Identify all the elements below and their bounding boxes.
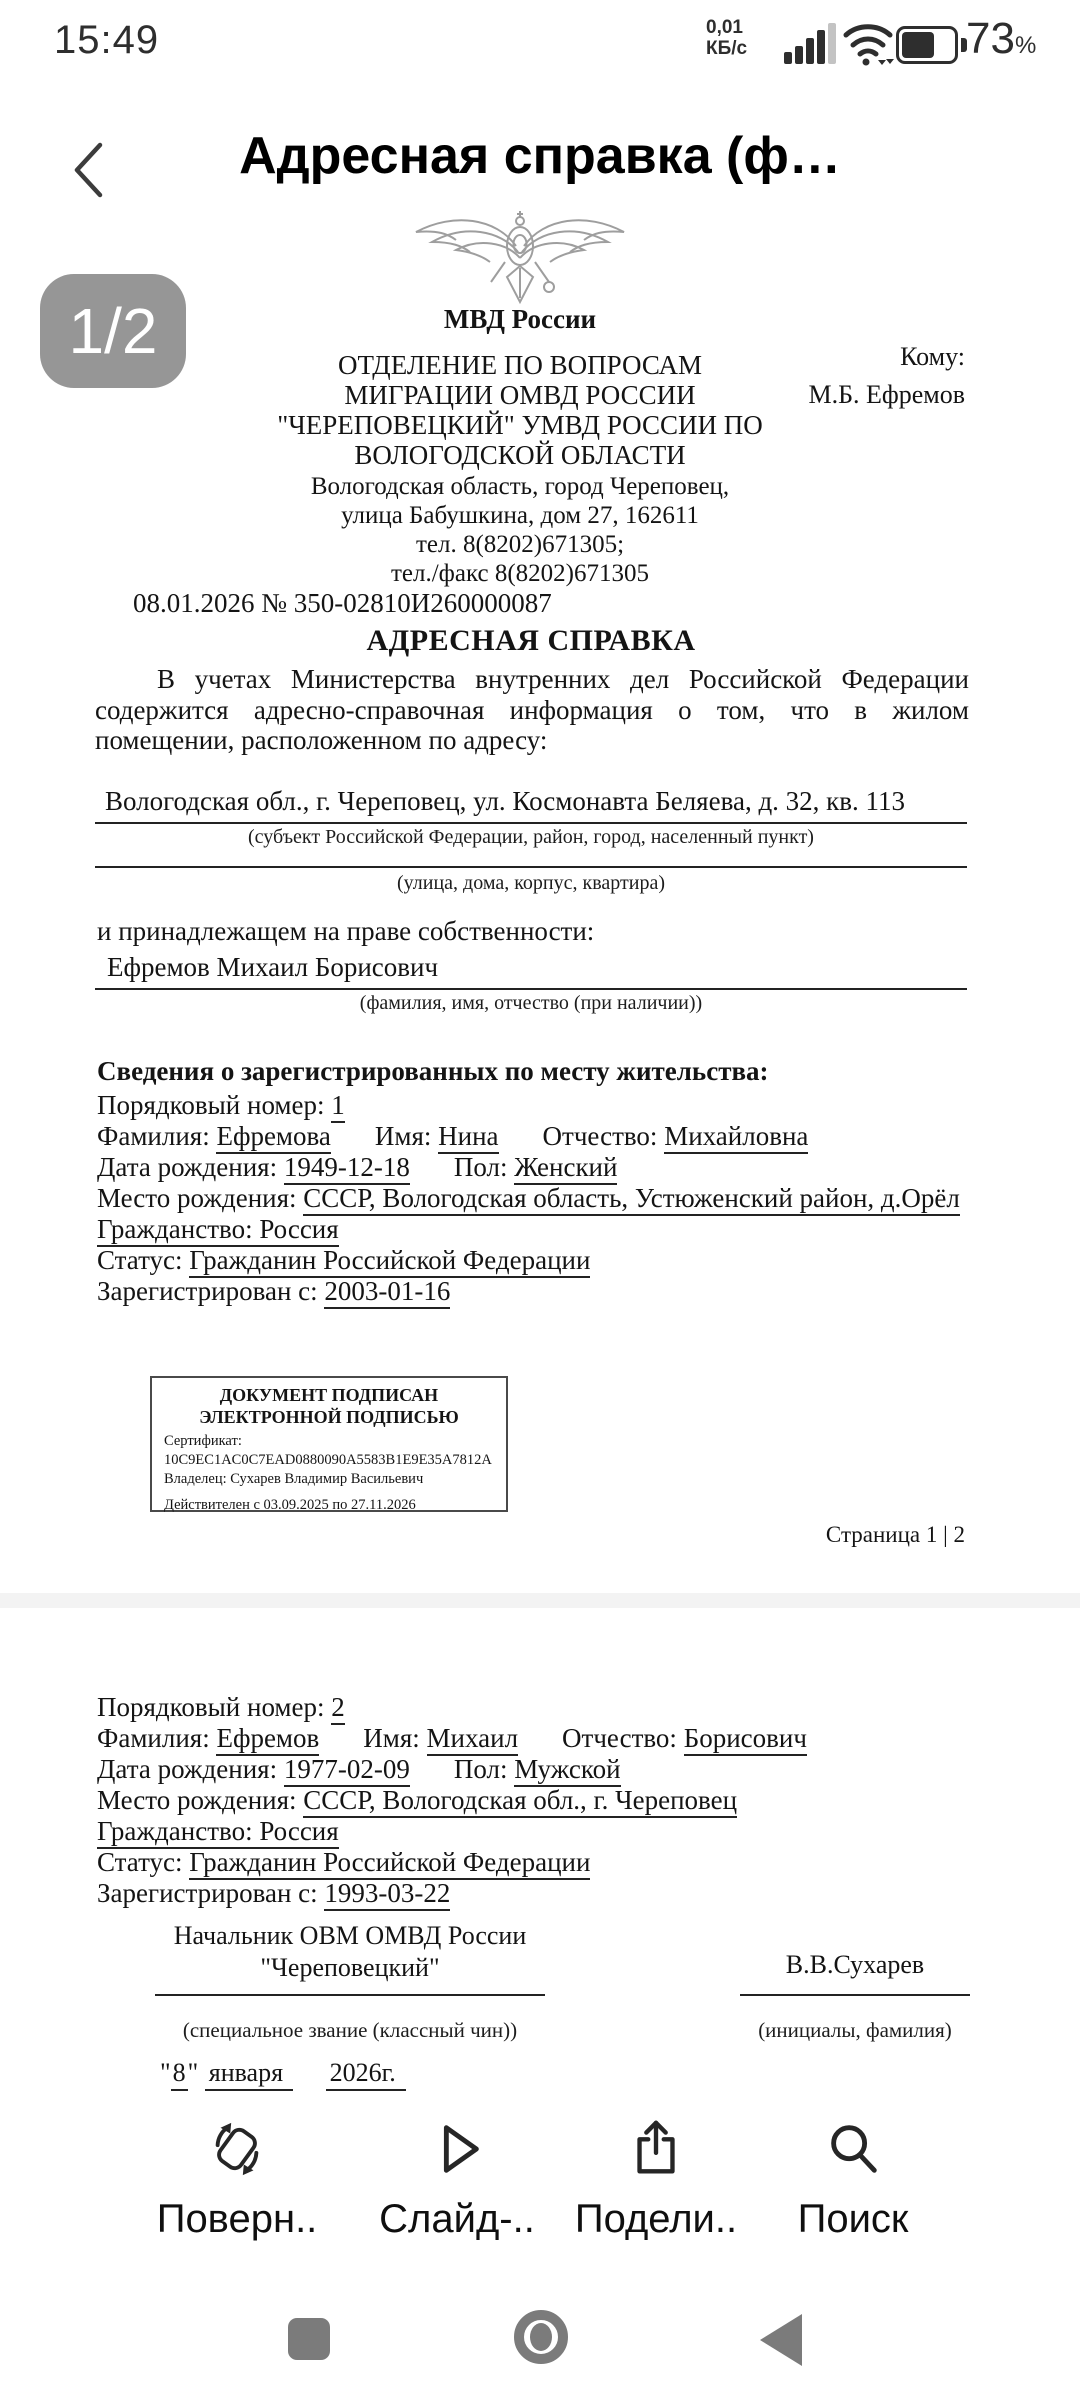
field-value: 2003-01-16 [324, 1276, 450, 1309]
stamp-cert-label: Сертификат: [152, 1432, 506, 1451]
battery-percent-value: 73 [966, 14, 1015, 63]
page-separator [0, 1593, 1080, 1608]
field-label: Фамилия: [97, 1723, 210, 1753]
address-value: Вологодская обл., г. Череповец, ул. Косм… [105, 786, 967, 817]
field-value: Борисович [684, 1723, 807, 1756]
official-title-line1: Начальник ОВМ ОМВД России [155, 1920, 545, 1952]
field-label: Гражданство: [97, 1214, 253, 1244]
field-label: Статус: [97, 1245, 183, 1275]
field-value: Ефремова [216, 1121, 330, 1154]
field-value: Гражданин Российской Федерации [189, 1245, 590, 1278]
owner-value: Ефремов Михаил Борисович [107, 952, 438, 983]
battery-icon [896, 26, 967, 64]
intro-paragraph: В учетах Министерства внутренних дел Рос… [95, 664, 969, 756]
contact-block: Вологодская область, город Череповец, ул… [60, 472, 980, 588]
play-icon [426, 2118, 488, 2180]
field-label: Гражданство: [97, 1816, 253, 1846]
dept-line: ВОЛОГОДСКОЙ ОБЛАСТИ [60, 440, 980, 470]
wifi-icon [842, 20, 894, 68]
contact-line: тел./факс 8(8202)671305 [60, 559, 980, 588]
home-button[interactable] [514, 2310, 568, 2364]
signal-icon [784, 22, 838, 66]
date-month: января [205, 2058, 293, 2091]
registered-person-2: Порядковый номер: 2 Фамилия: ЕфремовИмя:… [97, 1692, 973, 1909]
search-button[interactable]: Поиск [758, 2118, 948, 2242]
field-label: Имя: [375, 1121, 432, 1151]
network-speed: 0,01 КБ/с [706, 17, 778, 59]
registered-header: Сведения о зарегистрированных по месту ж… [97, 1056, 769, 1087]
owner-underline [95, 988, 967, 990]
field-label: Порядковый номер: [97, 1692, 325, 1722]
ownership-label: и принадлежащем на праве собственности: [97, 916, 594, 947]
network-speed-unit: КБ/с [706, 38, 778, 59]
back-button[interactable] [760, 2314, 802, 2366]
addressee-block: Кому: М.Б. Ефремов [808, 338, 965, 414]
field-label: Дата рождения: [97, 1754, 277, 1784]
slideshow-button-label: Слайд-.. [362, 2197, 552, 2242]
stamp-validity: Действителен с 03.09.2025 по 27.11.2026 [152, 1496, 506, 1515]
org-name: МВД России [0, 304, 1040, 335]
address-underline [95, 822, 967, 824]
document-title: АДРЕСНАЯ СПРАВКА [95, 624, 967, 658]
field-label: Фамилия: [97, 1121, 210, 1151]
address-caption: (субъект Российской Федерации, район, го… [95, 826, 967, 849]
field-label: Отчество: [562, 1723, 677, 1753]
contact-line: улица Бабушкина, дом 27, 162611 [60, 501, 980, 530]
name-caption: (инициалы, фамилия) [725, 2018, 985, 2043]
quote-mark: " [160, 2058, 171, 2087]
slideshow-button[interactable]: Слайд-.. [362, 2118, 552, 2242]
page-title: Адресная справка (ф… [0, 126, 1080, 186]
home-button-dot [530, 2323, 552, 2351]
street-caption: (улица, дома, корпус, квартира) [95, 872, 967, 895]
field-value: 2 [331, 1692, 345, 1725]
contact-line: тел. 8(8202)671305; [60, 530, 980, 559]
network-speed-value: 0,01 [706, 17, 778, 38]
percent-sign: % [1015, 32, 1036, 59]
search-button-label: Поиск [758, 2197, 948, 2242]
rotate-icon [206, 2118, 268, 2180]
addressee-label: Кому: [808, 338, 965, 376]
street-underline [95, 866, 967, 868]
stamp-title-line1: ДОКУМЕНТ ПОДПИСАН [152, 1384, 506, 1406]
contact-line: Вологодская область, город Череповец, [60, 472, 980, 501]
share-button[interactable]: Подели.. [561, 2118, 751, 2242]
field-label: Место рождения: [97, 1785, 297, 1815]
field-value: Михаил [427, 1723, 519, 1756]
field-label: Зарегистрирован с: [97, 1878, 318, 1908]
field-value: СССР, Вологодская обл., г. Череповец [303, 1785, 737, 1818]
date-line: "8" января 2026г. [160, 2058, 406, 2088]
field-label: Статус: [97, 1847, 183, 1877]
field-value: Мужской [514, 1754, 620, 1787]
field-value: Нина [438, 1121, 498, 1154]
date-day: 8 [171, 2058, 188, 2091]
field-value: Россия [259, 1816, 338, 1846]
rotate-button[interactable]: Поверн.. [142, 2118, 332, 2242]
document-number: 08.01.2026 № 350-02810И260000087 [133, 588, 552, 619]
field-value: СССР, Вологодская область, Устюженский р… [303, 1183, 960, 1216]
share-icon [625, 2118, 687, 2180]
owner-caption: (фамилия, имя, отчество (при наличии)) [95, 992, 967, 1015]
field-label: Отчество: [543, 1121, 658, 1151]
stamp-owner: Владелец: Сухарев Владимир Васильевич [152, 1470, 506, 1489]
field-value: 1977-02-09 [284, 1754, 410, 1787]
signature-line-right [740, 1994, 970, 1996]
official-title: Начальник ОВМ ОМВД России "Череповецкий" [155, 1920, 545, 1984]
field-label: Имя: [363, 1723, 420, 1753]
official-title-line2: "Череповецкий" [155, 1952, 545, 1984]
recents-button[interactable] [288, 2318, 330, 2360]
search-icon [822, 2118, 884, 2180]
field-value: 1949-12-18 [284, 1152, 410, 1185]
addressee-name: М.Б. Ефремов [808, 376, 965, 414]
field-value: Ефремов [216, 1723, 319, 1756]
date-year: 2026г. [326, 2058, 406, 2091]
signature-line-left [155, 1994, 545, 1996]
quote-mark: " [188, 2058, 199, 2087]
rank-caption: (специальное звание (классный чин)) [130, 2018, 570, 2043]
field-value: 1993-03-22 [324, 1878, 450, 1911]
page-footer: Страница 1 | 2 [826, 1522, 965, 1548]
battery-percent: 73% [966, 14, 1036, 64]
field-label: Зарегистрирован с: [97, 1276, 318, 1306]
registered-person-1: Порядковый номер: 1 Фамилия: ЕфремоваИмя… [97, 1090, 973, 1307]
field-label: Пол: [454, 1754, 508, 1784]
stamp-cert-value: 10C9EC1AC0C7EAD0880090A5583B1E9E35A7812A [152, 1451, 506, 1470]
field-value: Гражданин Российской Федерации [189, 1847, 590, 1880]
field-label: Порядковый номер: [97, 1090, 325, 1120]
rotate-button-label: Поверн.. [142, 2197, 332, 2242]
field-value: Россия [259, 1214, 338, 1244]
field-label: Дата рождения: [97, 1152, 277, 1182]
field-value: 1 [331, 1090, 345, 1123]
field-value: Михайловна [664, 1121, 808, 1154]
field-label: Пол: [454, 1152, 508, 1182]
status-time: 15:49 [54, 18, 159, 63]
stamp-title-line2: ЭЛЕКТРОННОЙ ПОДПИСЬЮ [152, 1406, 506, 1428]
digital-signature-stamp: ДОКУМЕНТ ПОДПИСАН ЭЛЕКТРОННОЙ ПОДПИСЬЮ С… [150, 1376, 508, 1512]
official-name: В.В.Сухарев [740, 1950, 970, 1980]
field-label: Место рождения: [97, 1183, 297, 1213]
field-value: Женский [514, 1152, 617, 1185]
mvd-emblem-eagle [408, 206, 632, 304]
share-button-label: Подели.. [561, 2197, 751, 2242]
dept-line: "ЧЕРЕПОВЕЦКИЙ" УМВД РОССИИ ПО [60, 410, 980, 440]
